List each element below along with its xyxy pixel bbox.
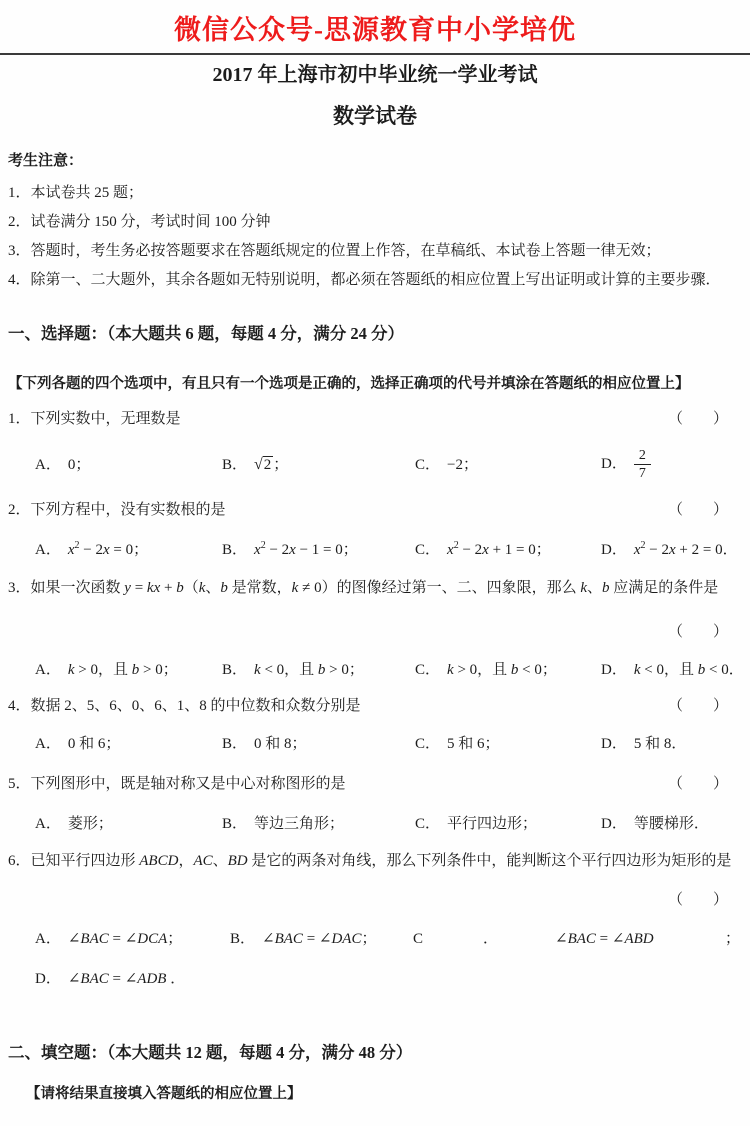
question-3-option-c: C．k > 0，且 b < 0； <box>415 660 601 680</box>
question-5-option-a: A．菱形； <box>35 814 222 834</box>
notice-item-4: 4．除第一、二大题外，其余各题如无特别说明，都必须在答题纸的相应位置上写出证明或… <box>8 270 742 290</box>
question-6-option-c-tail: ； <box>725 929 740 949</box>
paper-title: 数学试卷 <box>8 102 742 130</box>
section1-heading: 一、选择题：（本大题共 6 题，每题 4 分，满分 24 分） <box>8 323 742 345</box>
question-5: 5．下列图形中，既是轴对称又是中心对称图形的是 （ ） A．菱形； B．等边三角… <box>8 774 742 834</box>
header-divider <box>0 53 750 55</box>
question-3-option-b: B．k < 0，且 b > 0； <box>222 660 415 680</box>
question-4-option-c: C．5 和 6； <box>415 734 601 754</box>
question-5-option-c: C．平行四边形； <box>415 814 601 834</box>
question-4-option-b: B．0 和 8； <box>222 734 415 754</box>
question-2-option-c: C．x2 − 2x + 1 = 0； <box>415 540 601 560</box>
question-1-option-a: A．0； <box>35 455 222 475</box>
question-1-option-c: C．−2； <box>415 455 601 475</box>
question-3-stem: 3．如果一次函数 y = kx + b（k、b 是常数，k ≠ 0）的图像经过第… <box>8 578 718 598</box>
notice-item-1: 1．本试卷共 25 题； <box>8 183 742 203</box>
question-2-stem: 2．下列方程中，没有实数根的是 <box>8 500 226 520</box>
question-4-option-a: A．0 和 6； <box>35 734 222 754</box>
question-2-option-d: D．x2 − 2x + 2 = 0． <box>601 540 742 560</box>
question-6-answer-bracket: （ ） <box>8 890 742 910</box>
question-1-stem: 1．下列实数中，无理数是 <box>8 409 181 429</box>
exam-title: 2017 年上海市初中毕业统一学业考试 <box>8 62 742 88</box>
question-3-option-d: D．k < 0，且 b < 0． <box>601 660 744 680</box>
question-6-option-c-letter: C <box>413 929 483 949</box>
question-5-option-d: D．等腰梯形． <box>601 814 742 834</box>
question-3-option-a: A．k > 0，且 b > 0； <box>35 660 222 680</box>
question-1: 1．下列实数中，无理数是 （ ） A．0； B．√2； C．−2； D．27 <box>8 409 742 482</box>
question-6: 6．已知平行四边形 ABCD，AC、BD 是它的两条对角线，那么下列条件中，能判… <box>8 851 742 989</box>
question-6-option-a: A．∠BAC = ∠DCA； <box>35 929 230 949</box>
question-1-option-d: D．27 <box>601 447 742 482</box>
question-6-option-b: B．∠BAC = ∠DAC； <box>230 929 413 949</box>
question-2-answer-bracket: （ ） <box>668 500 742 520</box>
question-2: 2．下列方程中，没有实数根的是 （ ） A．x2 − 2x = 0； B．x2 … <box>8 500 742 560</box>
question-6-stem: 6．已知平行四边形 ABCD，AC、BD 是它的两条对角线，那么下列条件中，能判… <box>8 851 731 871</box>
question-4-stem: 4．数据 2、5、6、0、6、1、8 的中位数和众数分别是 <box>8 696 361 716</box>
section2-heading: 二、填空题：（本大题共 12 题，每题 4 分，满分 48 分） <box>8 1042 742 1064</box>
question-1-answer-bracket: （ ） <box>668 409 742 429</box>
question-3-answer-bracket: （ ） <box>8 622 742 642</box>
question-4-option-d: D．5 和 8． <box>601 734 742 754</box>
wechat-banner: 微信公众号-思源教育中小学培优 <box>8 14 742 46</box>
notice-heading: 考生注意： <box>8 152 742 171</box>
notice-item-3: 3．答题时，考生务必按答题要求在答题纸规定的位置上作答，在草稿纸、本试卷上答题一… <box>8 241 742 261</box>
question-5-answer-bracket: （ ） <box>668 774 742 794</box>
exam-paper-page: 微信公众号-思源教育中小学培优 2017 年上海市初中毕业统一学业考试 数学试卷… <box>0 0 750 1126</box>
question-2-option-a: A．x2 − 2x = 0； <box>35 540 222 560</box>
section1-instruction: 【下列各题的四个选项中，有且只有一个选项是正确的，选择正确项的代号并填涂在答题纸… <box>8 374 742 394</box>
section2-instruction: 【请将结果直接填入答题纸的相应位置上】 <box>8 1084 742 1104</box>
question-6-option-c-expression: ∠BAC = ∠ABD <box>555 929 725 949</box>
question-2-option-b: B．x2 − 2x − 1 = 0； <box>222 540 415 560</box>
question-1-option-b: B．√2； <box>222 455 415 475</box>
question-5-stem: 5．下列图形中，既是轴对称又是中心对称图形的是 <box>8 774 346 794</box>
question-5-option-b: B．等边三角形； <box>222 814 415 834</box>
question-4: 4．数据 2、5、6、0、6、1、8 的中位数和众数分别是 （ ） A．0 和 … <box>8 696 742 754</box>
question-6-option-d: D．∠BAC = ∠ADB ． <box>35 971 185 987</box>
question-4-answer-bracket: （ ） <box>668 696 742 716</box>
question-3: 3．如果一次函数 y = kx + b（k、b 是常数，k ≠ 0）的图像经过第… <box>8 578 742 680</box>
question-6-option-c-dot: ． <box>483 929 555 949</box>
notice-item-2: 2．试卷满分 150 分，考试时间 100 分钟 <box>8 212 742 232</box>
